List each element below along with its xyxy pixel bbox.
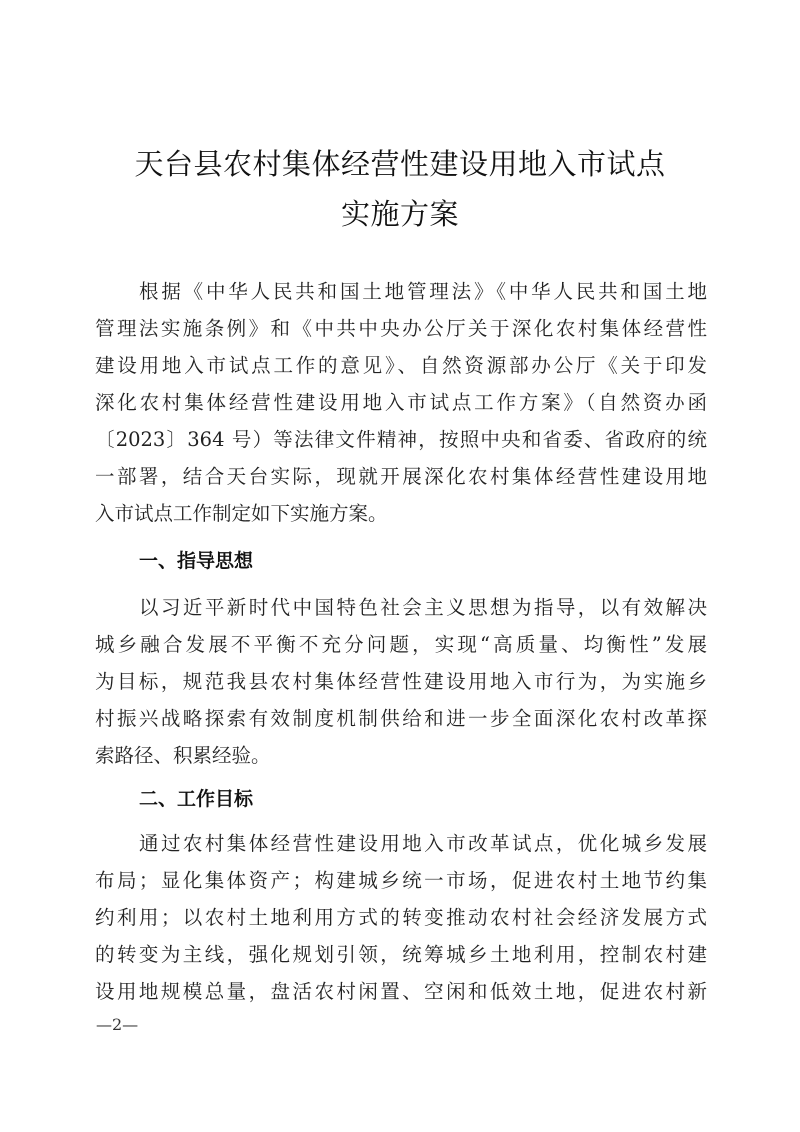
section-2-line: 通过农村集体经营性建设用地入市改革试点，优化城乡发展 bbox=[139, 829, 707, 859]
document-title-line-2: 实施方案 bbox=[0, 192, 800, 233]
document-page: 天台县农村集体经营性建设用地入市试点 实施方案 根据《中华人民共和国土地管理法》… bbox=[0, 0, 800, 1132]
intro-paragraph-line: 根据《中华人民共和国土地管理法》《中华人民共和国土地 bbox=[139, 277, 707, 307]
section-2-line: 布局；显化集体资产；构建城乡统一市场，促进农村土地节约集 bbox=[95, 866, 707, 896]
section-1-line: 以习近平新时代中国特色社会主义思想为指导，以有效解决 bbox=[139, 593, 707, 623]
section-2-line: 的转变为主线，强化规划引领，统筹城乡土地利用，控制农村建 bbox=[95, 940, 707, 970]
page-number: —2— bbox=[96, 1015, 138, 1034]
intro-paragraph-line: 深化农村集体经营性建设用地入市试点工作方案》（自然资办函 bbox=[95, 388, 707, 418]
intro-paragraph-line: 管理法实施条例》和《中共中央办公厅关于深化农村集体经营性 bbox=[95, 314, 707, 344]
section-1-line: 城乡融合发展不平衡不充分问题，实现“高质量、均衡性”发展 bbox=[95, 630, 707, 660]
intro-paragraph-line: 建设用地入市试点工作的意见》、自然资源部办公厅《关于印发 bbox=[95, 351, 707, 381]
section-1-line: 索路径、积累经验。 bbox=[95, 741, 707, 771]
section-heading-guiding-ideology: 一、指导思想 bbox=[139, 546, 253, 576]
document-title-line-1: 天台县农村集体经营性建设用地入市试点 bbox=[0, 142, 800, 183]
section-2-line: 设用地规模总量，盘活农村闲置、空闲和低效土地，促进农村新 bbox=[95, 977, 707, 1007]
intro-paragraph-line: 一部署，结合天台实际，现就开展深化农村集体经营性建设用地 bbox=[95, 462, 707, 492]
section-1-line: 为目标，规范我县农村集体经营性建设用地入市行为，为实施乡 bbox=[95, 667, 707, 697]
section-1-line: 村振兴战略探索有效制度机制供给和进一步全面深化农村改革探 bbox=[95, 704, 707, 734]
section-heading-work-goals: 二、工作目标 bbox=[139, 784, 253, 814]
intro-paragraph-line: 〔2023〕364 号）等法律文件精神，按照中央和省委、省政府的统 bbox=[95, 425, 707, 455]
section-2-line: 约利用；以农村土地利用方式的转变推动农村社会经济发展方式 bbox=[95, 903, 707, 933]
intro-paragraph-line: 入市试点工作制定如下实施方案。 bbox=[95, 499, 707, 529]
